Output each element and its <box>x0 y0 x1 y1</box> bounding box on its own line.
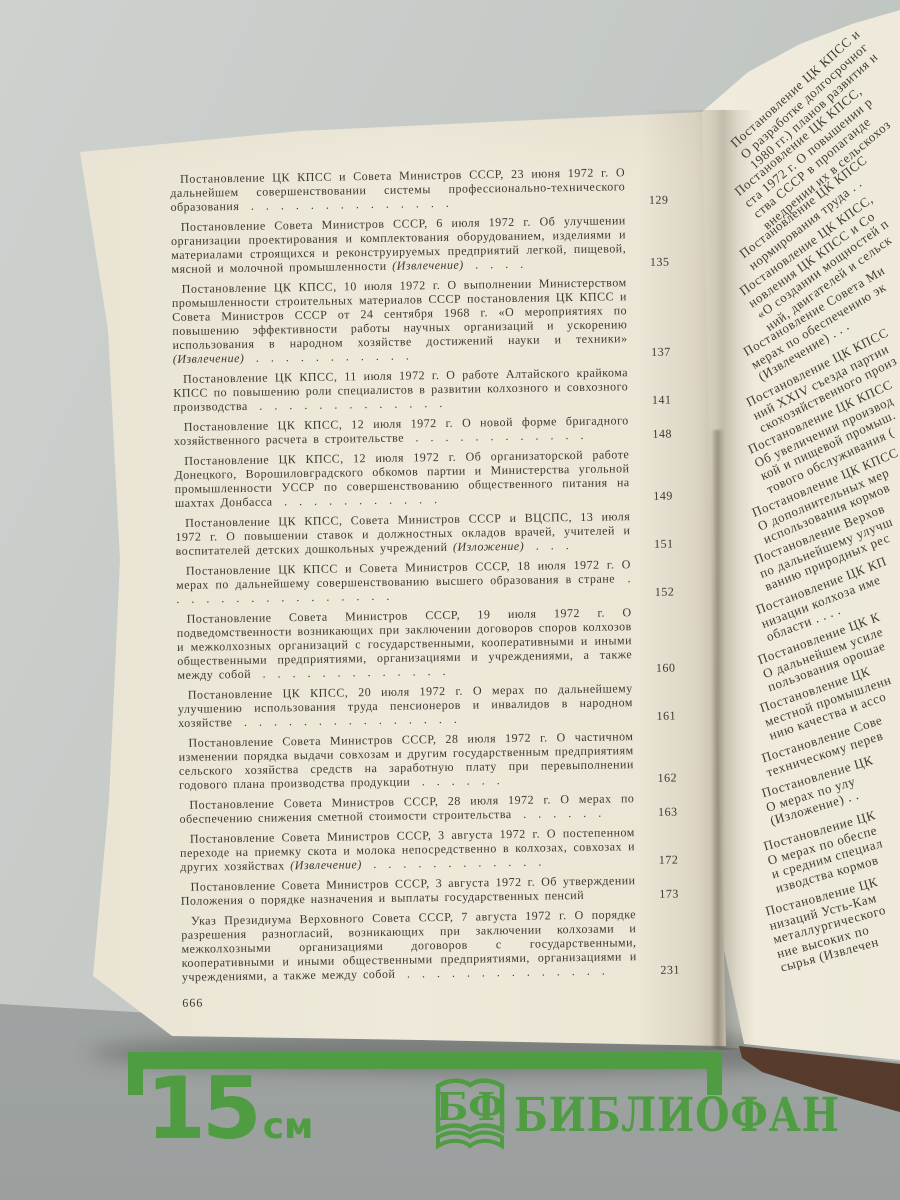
toc-entry: Постановление ЦК КПСС, 12 июля 1972 г. О… <box>174 447 673 510</box>
toc-entry-page: 135 <box>635 255 669 270</box>
toc-entry-dots: . . . . . . <box>512 806 602 821</box>
toc-entry-page: 149 <box>639 489 673 504</box>
ruler-length-value: 15 <box>146 1059 258 1159</box>
toc-entry: Постановление Совета Министров СССР, 3 а… <box>181 873 679 908</box>
toc-entry-page: 151 <box>639 537 673 552</box>
toc-entry: Постановление ЦК КПСС, 11 июля 1972 г. О… <box>173 365 672 414</box>
toc-entry-page: 129 <box>634 193 668 208</box>
toc-entry-text: Указ Президиума Верховного Совета СССР, … <box>181 907 646 984</box>
toc-entry: Постановление ЦК КПСС, 12 июля 1972 г. О… <box>174 413 672 448</box>
toc-entry-page: 137 <box>637 345 671 360</box>
toc-entry: Постановление Совета Министров СССР, 28 … <box>178 729 677 792</box>
toc-entry-page: 173 <box>645 887 679 902</box>
toc-entry: Постановление Совета Министров СССР, 6 и… <box>171 213 670 276</box>
toc-entry: Постановление ЦК КПСС, 20 июля 1972 г. О… <box>178 681 677 730</box>
toc-entry: Постановление ЦК КПСС, 10 июля 1972 г. О… <box>172 275 671 366</box>
toc-entry-dots: . . . . . . . . . . . . <box>404 428 584 445</box>
toc-entry-text: Постановление Совета Министров СССР, 28 … <box>178 729 643 792</box>
toc-entry-dots: . . . . . . . . . . . . . <box>251 664 446 681</box>
toc-entry-page: 162 <box>643 771 677 786</box>
toc-entry-text: Постановление Совета Министров СССР, 3 а… <box>181 873 645 908</box>
toc-entry-text: Постановление Совета Министров СССР, 6 и… <box>171 213 636 276</box>
toc-entry-page: 141 <box>637 393 671 408</box>
ruler-length-label: 15см <box>146 1066 313 1152</box>
toc-entry-page: 172 <box>644 853 678 868</box>
logo-name: БИБЛИОФАН <box>514 1092 840 1139</box>
toc-entry-dots: . . . . . . . . . . . . . <box>248 396 443 413</box>
toc-entry-text: Постановление ЦК КПСС, 12 июля 1972 г. О… <box>174 447 639 510</box>
toc-entry-dots: . . . . . . . . . . . <box>272 492 437 508</box>
toc-entry-text: Постановление ЦК КПСС, 12 июля 1972 г. О… <box>174 413 638 448</box>
toc-entry-text: Постановление Совета Министров СССР, 28 … <box>179 791 643 826</box>
toc-entry-dots: . . . . . . . . . . . . . . <box>239 196 449 213</box>
logo-book-icon: БФ <box>432 1074 508 1154</box>
toc-entry-page: 231 <box>646 963 680 978</box>
toc-entry-page: 161 <box>642 709 676 724</box>
toc-entry: Постановление ЦК КПСС, Совета Министров … <box>175 509 674 558</box>
toc-entry-dots: . . . . . . . . . . . <box>244 348 409 364</box>
toc-entry-text: Постановление ЦК КПСС, Совета Министров … <box>175 509 640 558</box>
toc-entry: Постановление ЦК КПСС и Совета Министров… <box>170 165 669 214</box>
toc-entry-dots: . . . <box>524 538 569 553</box>
logo-initials: БФ <box>436 1084 505 1129</box>
toc-entry-text: Постановление Совета Министров СССР, 3 а… <box>180 825 645 874</box>
toc-entries: Постановление ЦК КПСС и Совета Министров… <box>170 165 680 1010</box>
toc-entry-dots: . . . . . . . . . . . . . . . <box>232 712 457 729</box>
toc-entry: Постановление Совета Министров СССР, 28 … <box>179 791 677 826</box>
toc-entry: Постановление ЦК КПСС и Совета Министров… <box>176 557 675 606</box>
book-photo: 15см БФ БИБЛИОФАН Постановление ЦК КПСС … <box>0 0 900 1200</box>
toc-entry: Постановление Совета Министров СССР, 19 … <box>177 605 676 682</box>
ruler-tick-left <box>128 1052 143 1095</box>
toc-entry: Указ Президиума Верховного Совета СССР, … <box>181 907 680 984</box>
toc-entry-dots: . . . . . . . . . . . . <box>362 855 542 872</box>
toc-entry-dots: . . . . <box>464 257 524 272</box>
toc-entry-dots: . . . . . . . . . . . . . . <box>395 964 605 981</box>
toc-entry-text: Постановление ЦК КПСС, 10 июля 1972 г. О… <box>172 275 637 366</box>
toc-entry-text: Постановление ЦК КПСС, 11 июля 1972 г. О… <box>173 365 638 414</box>
toc-entry-text: Постановление Совета Министров СССР, 19 … <box>177 605 642 682</box>
toc-entry-page: 148 <box>638 427 672 442</box>
toc-entry-text: Постановление ЦК КПСС, 20 июля 1972 г. О… <box>178 681 643 730</box>
toc-entry-page: 152 <box>640 585 674 600</box>
toc-entry-page: 163 <box>643 805 677 820</box>
ruler-length-unit: см <box>263 1106 314 1147</box>
toc-entry-dots: . . . . . . <box>410 773 500 788</box>
toc-entry-page: 160 <box>641 661 675 676</box>
toc-entry-text: Постановление ЦК КПСС и Совета Министров… <box>176 557 641 606</box>
toc-entry: Постановление Совета Министров СССР, 3 а… <box>180 825 679 874</box>
toc-entry-text: Постановление ЦК КПСС и Совета Министров… <box>170 165 635 214</box>
